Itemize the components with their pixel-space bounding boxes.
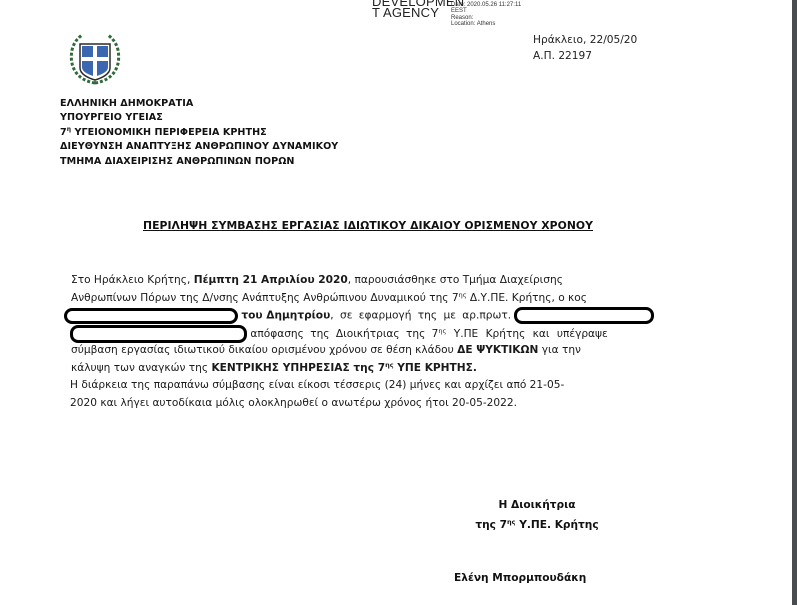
place-date-block: Ηράκλειο, 22/05/20 Α.Π. 22197 [533,32,637,64]
body-line: 2020 και λήγει αυτοδίκαια μόλις ολοκληρω… [70,395,706,413]
signature-details: DEVELOPMENT AGENCY Date: 2020.05.26 11:2… [451,0,541,27]
redacted-protocol-number [514,307,654,324]
redacted-name [64,308,238,324]
body-line: Στο Ηράκλειο Κρήτης, Πέμπτη 21 Απριλίου … [71,272,707,290]
place-date: Ηράκλειο, 22/05/20 [533,32,637,48]
org-line-region: 7η ΥΓΕΙΟΝΟΜΙΚΗ ΠΕΡΙΦΕΡΕΙΑ ΚΡΗΤΗΣ [60,126,338,140]
document-body: Στο Ηράκλειο Κρήτης, Πέμπτη 21 Απριλίου … [71,272,707,412]
body-line: απόφασης της Διοικήτριας της 7ης Υ.ΠΕ Κρ… [70,325,706,343]
org-line-ministry: ΥΠΟΥΡΓΕΙΟ ΥΓΕΙΑΣ [60,111,338,125]
redacted-decision-reference [70,325,247,343]
body-line: Η διάρκεια της παραπάνω σύμβασης είναι ε… [70,377,706,395]
signature-location: Location: Athens [451,21,541,27]
greek-coat-of-arms-icon [66,30,124,88]
org-line-republic: ΕΛΛΗΝΙΚΗ ΔΗΜΟΚΡΑΤΙΑ [60,97,338,111]
protocol-number: Α.Π. 22197 [533,48,637,64]
org-line-department: ΤΜΗΜΑ ΔΙΑΧΕΙΡΙΣΗΣ ΑΝΘΡΩΠΙΝΩΝ ΠΟΡΩΝ [60,155,338,169]
signatory-block: Η Διοικήτρια της 7ης Υ.ΠΕ. Κρήτης [462,495,612,535]
signatory-role: Η Διοικήτρια [462,495,612,515]
org-line-directorate: ΔΙΕΥΘΥΝΣΗ ΑΝΑΠΤΥΞΗΣ ΑΝΘΡΩΠΙΝΟΥ ΔΥΝΑΜΙΚΟΥ [60,140,338,154]
window-edge-strip [792,0,797,605]
body-line: του Δημητρίου, σε εφαρμογή της με αρ.πρω… [64,307,700,325]
body-line: Ανθρωπίνων Πόρων της Δ/νσης Ανάπτυξης Αν… [71,290,707,308]
body-line: κάλυψη των αναγκών της ΚΕΝΤΡΙΚΗΣ ΥΠΗΡΕΣΙ… [71,360,707,378]
document-title: ΠΕΡΙΛΗΨΗ ΣΥΜΒΑΣΗΣ ΕΡΓΑΣΙΑΣ ΙΔΙΩΤΙΚΟΥ ΔΙΚ… [143,219,593,232]
signatory-organization: της 7ης Υ.ΠΕ. Κρήτης [462,515,612,535]
signatory-name: Ελένη Μπορμπουδάκη [454,572,586,584]
organization-header: ΕΛΛΗΝΙΚΗ ΔΗΜΟΚΡΑΤΙΑ ΥΠΟΥΡΓΕΙΟ ΥΓΕΙΑΣ 7η … [60,97,338,169]
body-line: σύμβαση εργασίας ιδιωτικού δικαίου ορισμ… [71,342,707,360]
signature-signer-large: DEVELOPMEN T AGENCY [372,0,456,18]
